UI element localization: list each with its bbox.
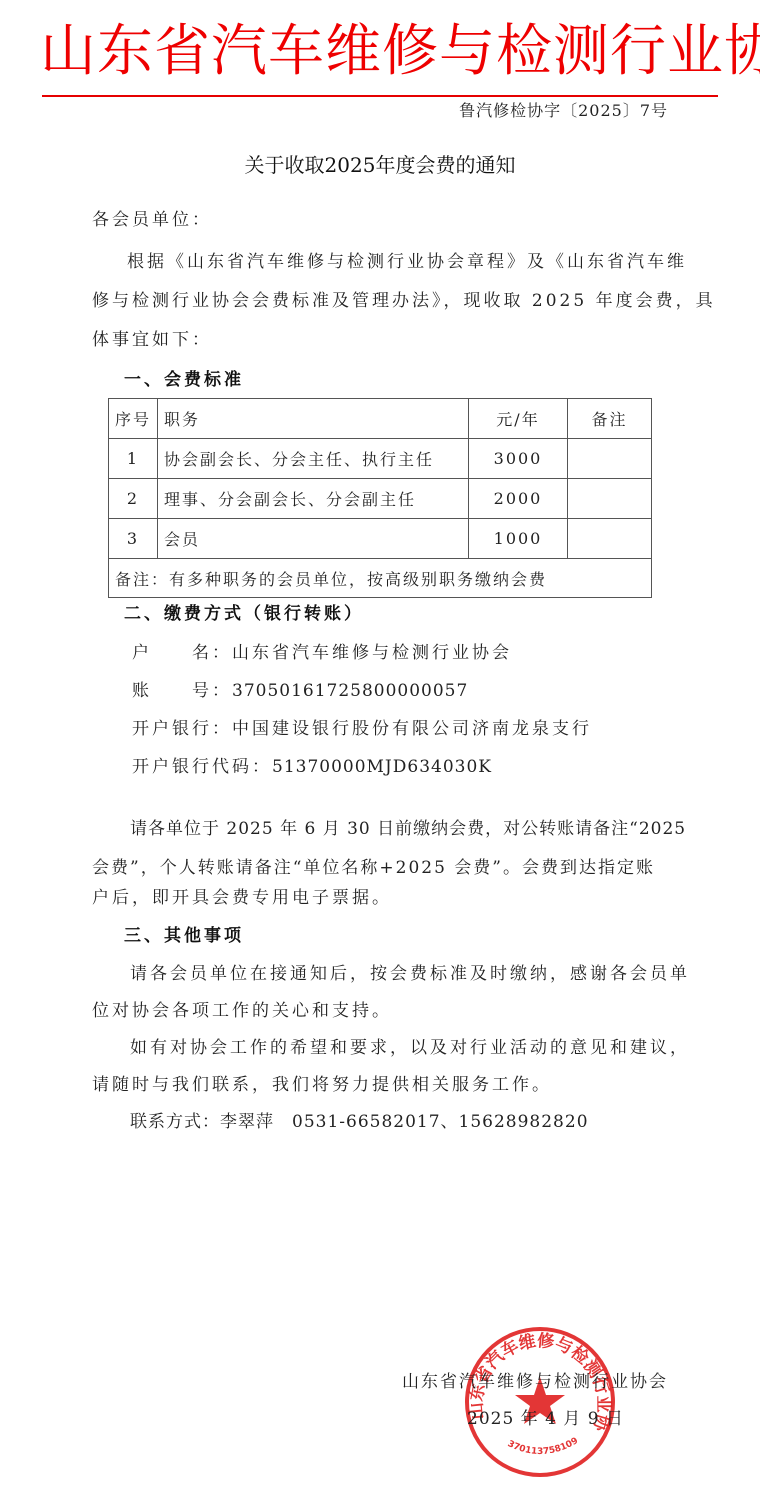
- row-role: 协会副会长、分会主任、执行主任: [158, 439, 469, 479]
- table-footnote-row: 备注：有多种职务的会员单位，按高级别职务缴纳会费: [109, 559, 652, 598]
- section-2-heading: 二、缴费方式（银行转账）: [124, 603, 364, 625]
- header-note: 备注: [568, 399, 652, 439]
- field-label: 开户银行：: [132, 719, 232, 739]
- section-3-para-1-line-1: 请各会员单位在接通知后，按会费标准及时缴纳，感谢各会员单: [130, 963, 690, 985]
- row-no: 3: [109, 519, 158, 559]
- row-no: 2: [109, 479, 158, 519]
- payment-note-line-1: 请各单位于 2025 年 6 月 30 日前缴纳会费，对公转账请备注“2025: [130, 818, 686, 840]
- section-3-para-2-line-1: 如有对协会工作的希望和要求，以及对行业活动的意见和建议，: [130, 1037, 690, 1059]
- section-3-para-2-line-2: 请随时与我们联系，我们将努力提供相关服务工作。: [92, 1074, 552, 1096]
- row-note: [568, 439, 652, 479]
- official-seal-icon: 山东省汽车维修与检测行业协会 3701137581094: [463, 1325, 617, 1479]
- field-value: 51370000MJD634030K: [272, 757, 492, 777]
- field-bank: 开户银行：中国建设银行股份有限公司济南龙泉支行: [132, 718, 592, 740]
- row-note: [568, 479, 652, 519]
- row-role: 理事、分会副会长、分会副主任: [158, 479, 469, 519]
- row-fee: 1000: [469, 519, 568, 559]
- row-note: [568, 519, 652, 559]
- table-footnote: 备注：有多种职务的会员单位，按高级别职务缴纳会费: [109, 559, 652, 598]
- field-label: 账 号：: [132, 681, 232, 701]
- salutation: 各会员单位：: [92, 209, 212, 231]
- fee-standard-table: 序号 职务 元/年 备注 1 协会副会长、分会主任、执行主任 3000 2 理事…: [108, 398, 652, 598]
- table-row: 1 协会副会长、分会主任、执行主任 3000: [109, 439, 652, 479]
- signature-date: 2025 年 4 月 9 日: [467, 1408, 624, 1430]
- row-no: 1: [109, 439, 158, 479]
- table-row: 2 理事、分会副会长、分会副主任 2000: [109, 479, 652, 519]
- document-number: 鲁汽修检协字〔2025〕7号: [459, 100, 668, 122]
- field-value: 山东省汽车维修与检测行业协会: [232, 643, 512, 663]
- section-1-heading: 一、会费标准: [124, 369, 244, 391]
- intro-line-3: 体事宜如下：: [92, 329, 212, 351]
- field-value: 中国建设银行股份有限公司济南龙泉支行: [232, 719, 592, 739]
- signature-organization: 山东省汽车维修与检测行业协会: [402, 1371, 668, 1393]
- payment-note-line-2: 会费”，个人转账请备注“单位名称+2025 会费”。会费到达指定账: [92, 857, 655, 879]
- row-fee: 2000: [469, 479, 568, 519]
- contact-info: 联系方式：李翠萍 0531-66582017、15628982820: [130, 1111, 589, 1133]
- field-label: 户 名：: [132, 643, 232, 663]
- payment-note-line-3: 户后，即开具会费专用电子票据。: [92, 887, 392, 909]
- table-header-row: 序号 职务 元/年 备注: [109, 399, 652, 439]
- row-fee: 3000: [469, 439, 568, 479]
- section-3-heading: 三、其他事项: [124, 925, 244, 947]
- header-role: 职务: [158, 399, 469, 439]
- letterhead-divider: [42, 95, 718, 97]
- field-account-number: 账 号：37050161725800000057: [132, 680, 468, 702]
- header-no: 序号: [109, 399, 158, 439]
- intro-line-2: 修与检测行业协会会费标准及管理办法》，现收取 2025 年度会费，具: [92, 290, 716, 312]
- field-label: 开户银行代码：: [132, 757, 272, 777]
- row-role: 会员: [158, 519, 469, 559]
- field-bank-code: 开户银行代码：51370000MJD634030K: [132, 756, 492, 778]
- field-value: 37050161725800000057: [232, 681, 468, 701]
- section-3-para-1-line-2: 位对协会各项工作的关心和支持。: [92, 1000, 392, 1022]
- table-row: 3 会员 1000: [109, 519, 652, 559]
- header-fee: 元/年: [469, 399, 568, 439]
- field-account-name: 户 名：山东省汽车维修与检测行业协会: [132, 642, 512, 664]
- notice-title: 关于收取2025年度会费的通知: [0, 151, 760, 179]
- letterhead-title: 山东省汽车维修与检测行业协会: [40, 16, 720, 88]
- intro-line-1: 根据《山东省汽车维修与检测行业协会章程》及《山东省汽车维: [127, 251, 687, 273]
